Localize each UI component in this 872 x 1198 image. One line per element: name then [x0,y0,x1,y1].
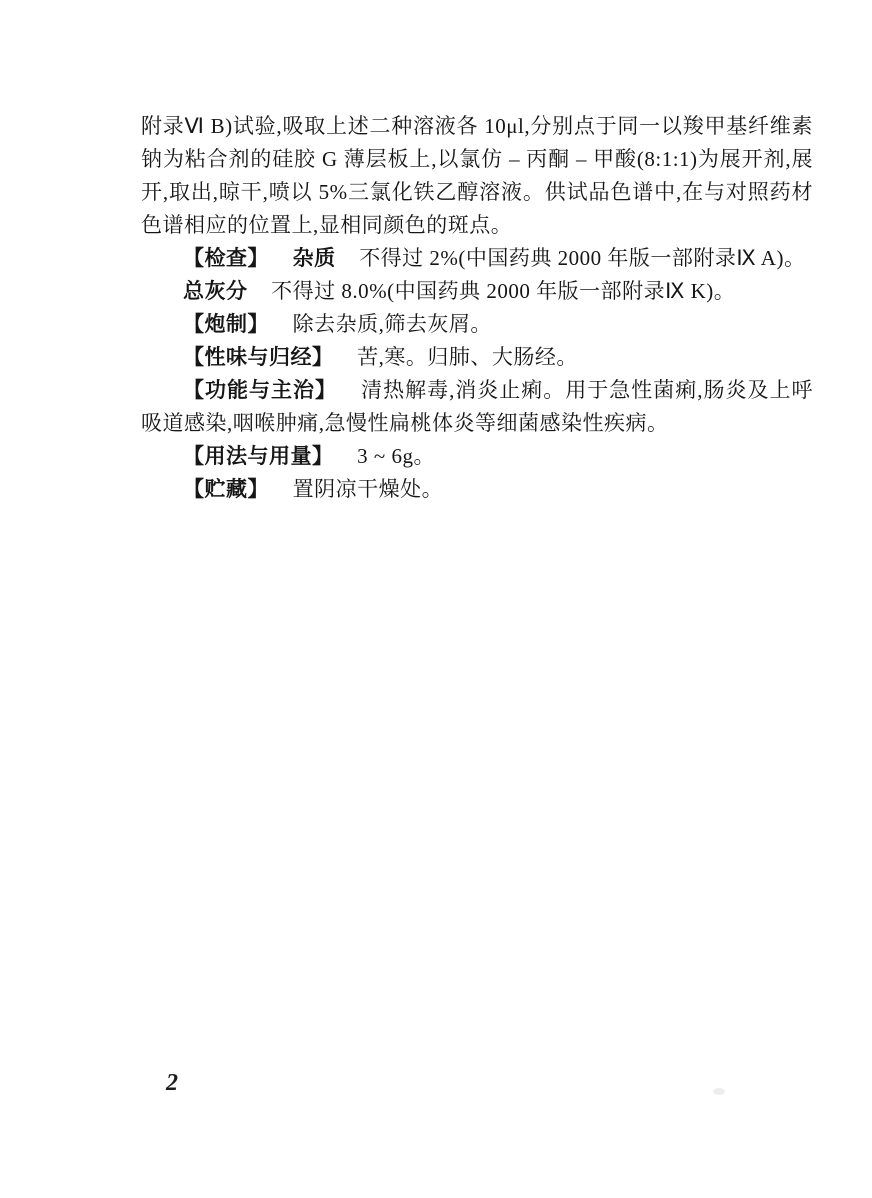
entry-text: 除去杂质,筛去灰屑。 [293,312,492,336]
entry-label: 【用法与用量】 [183,445,334,468]
entry-text: 不得过 2%(中国药典 2000 年版一部附录Ⅸ A)。 [359,246,805,270]
entry-label: 【性味与归经】 [183,346,334,369]
page-number: 2 [166,1070,178,1097]
paragraph: 总灰分 不得过 8.0%(中国药典 2000 年版一部附录Ⅸ K)。 [141,275,813,308]
entry-text: 置阴凉干燥处。 [293,477,444,501]
paragraph: 【炮制】 除去杂质,筛去灰屑。 [141,308,813,341]
scan-smudge-artifact [713,1088,725,1095]
paragraph: 【检查】 杂质 不得过 2%(中国药典 2000 年版一部附录Ⅸ A)。 [141,242,813,275]
paragraph: 【功能与主治】 清热解毒,消炎止痢。用于急性菌痢,肠炎及上呼吸道感染,咽喉肿痛,… [141,374,813,440]
paragraph: 【用法与用量】 3 ~ 6g。 [141,440,813,473]
entry-label: 【检查】 [183,247,269,270]
paragraph: 附录Ⅵ B)试验,吸取上述二种溶液各 10μl,分别点于同一以羧甲基纤维素钠为粘… [141,110,813,242]
entry-label: 【功能与主治】 [183,379,337,402]
entry-label: 【炮制】 [183,313,269,336]
entry-subhead: 杂质 [293,247,336,270]
entry-subhead: 总灰分 [183,280,248,303]
entry-text: 苦,寒。归肺、大肠经。 [357,345,578,369]
paragraph: 【性味与归经】 苦,寒。归肺、大肠经。 [141,341,813,374]
paragraph: 【贮藏】 置阴凉干燥处。 [141,473,813,506]
document-body: 附录Ⅵ B)试验,吸取上述二种溶液各 10μl,分别点于同一以羧甲基纤维素钠为粘… [141,110,813,506]
document-page: 附录Ⅵ B)试验,吸取上述二种溶液各 10μl,分别点于同一以羧甲基纤维素钠为粘… [0,0,872,1198]
entry-label: 【贮藏】 [183,478,269,501]
entry-text: 3 ~ 6g。 [357,444,435,468]
entry-text: 不得过 8.0%(中国药典 2000 年版一部附录Ⅸ K)。 [271,279,735,303]
entry-text: 附录Ⅵ B)试验,吸取上述二种溶液各 10μl,分别点于同一以羧甲基纤维素钠为粘… [141,114,813,237]
